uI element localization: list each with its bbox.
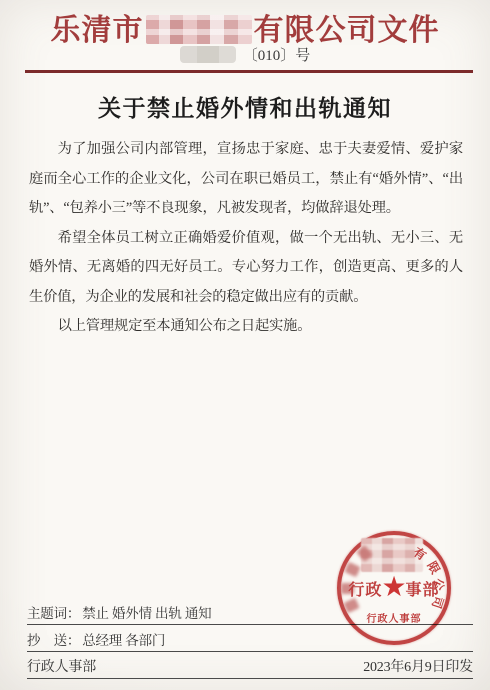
org-name-prefix: 乐清市 <box>51 14 144 47</box>
notice-body: 为了加强公司内部管理，宣扬忠于家庭、忠于夫妻爱情、爱护家庭而全心工作的企业文化，… <box>29 135 463 342</box>
org-name-suffix: 有限公司文件 <box>254 14 440 47</box>
official-seal: 有 限 公 司 行政 ★ 事部 行政人事部 <box>337 531 451 645</box>
seal-bottom-text: 行政人事部 <box>337 610 451 625</box>
subject-label: 主题词： <box>27 602 80 622</box>
cc-value: 总经理 各部门 <box>82 629 165 649</box>
body-paragraph: 为了加强公司内部管理，宣扬忠于家庭、忠于夫妻爱情、爱护家庭而全心工作的企业文化，… <box>29 135 463 224</box>
issue-row: 行政人事部 2023年6月9日印发 <box>27 652 473 679</box>
body-paragraph: 以上管理规定至本通知公布之日起实施。 <box>29 312 463 342</box>
redacted-doc-number-block <box>180 46 236 63</box>
notice-title: 关于禁止婚外情和出轨通知 <box>0 90 490 123</box>
seal-center-band: 行政 ★ 事部 <box>337 575 451 601</box>
letterhead-org-line: 乐清市有限公司文件 <box>0 5 490 49</box>
doc-number: 〔010〕号 <box>243 48 311 64</box>
document-page: { "document": { "header": { "org_prefix"… <box>0 0 490 690</box>
issuing-department: 行政人事部 <box>27 656 96 676</box>
cc-label: 抄 送： <box>27 629 80 649</box>
body-paragraph: 希望全体员工树立正确婚爱价值观，做一个无出轨、无小三、无婚外情、无离婚的四无好员… <box>29 224 463 313</box>
redacted-company-name-block <box>146 15 252 44</box>
seal-center-right-text: 事部 <box>406 577 440 600</box>
seal-center-left-text: 行政 <box>348 577 382 600</box>
subject-value: 禁止 婚外情 出轨 通知 <box>82 602 211 622</box>
doc-number-line: 〔010〕号 <box>0 44 490 65</box>
issue-date: 2023年6月9日印发 <box>363 656 473 676</box>
star-icon: ★ <box>381 575 406 601</box>
letterhead-divider-rule <box>25 70 473 73</box>
